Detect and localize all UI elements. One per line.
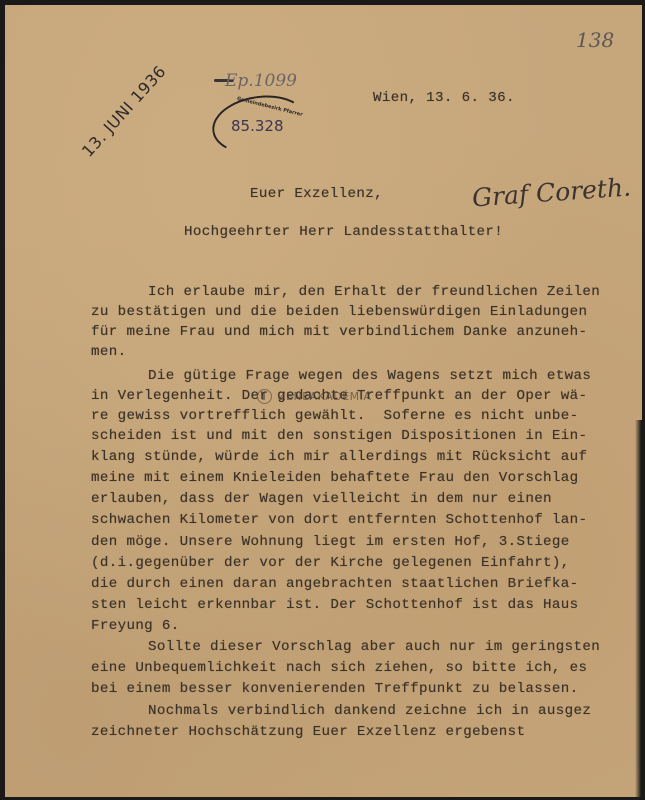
body-line: schwachen Kilometer von dort entfernten … xyxy=(91,513,587,527)
body-line: den möge. Unsere Wohnung liegt im ersten… xyxy=(91,535,570,549)
body-line: Die gütige Frage wegen des Wagens setzt … xyxy=(148,369,591,383)
salutation-address: Hochgeehrter Herr Landesstatthalter! xyxy=(184,225,503,239)
body-line: Freyung 6. xyxy=(91,619,180,633)
body-line: re gewiss vortrefflich gewählt. Soferne … xyxy=(91,409,579,423)
archive-reference: Ep.1099 xyxy=(225,71,297,91)
watermark-text: ZENEAKADÉMIA xyxy=(278,390,371,403)
body-line: klang stünde, würde ich mir allerdings m… xyxy=(91,450,587,464)
body-line: bei einem besser konvenierenden Treffpun… xyxy=(91,682,579,696)
body-line: zeichneter Hochschätzung Euer Exzellenz … xyxy=(91,725,525,739)
body-line: meine mit einem Knieleiden behaftete Fra… xyxy=(91,471,579,485)
body-line: Nochmals verbindlich dankend zeichne ich… xyxy=(148,704,591,718)
body-line: eine Unbequemlichkeit nach sich ziehen, … xyxy=(91,661,587,675)
page-edge-shadow xyxy=(635,420,645,800)
body-line: sten leicht erkennbar ist. Der Schottenh… xyxy=(91,598,579,612)
watermark: ZENEAKADÉMIA xyxy=(257,389,371,404)
watermark-logo-icon xyxy=(257,389,272,404)
body-line: die durch einen daran angebrachten staat… xyxy=(91,577,579,591)
archive-number: 85.328 xyxy=(231,117,284,135)
salutation-title: Euer Exzellenz, xyxy=(250,187,383,201)
folio-number: 138 xyxy=(576,28,614,52)
place-date: Wien, 13. 6. 36. xyxy=(373,91,515,105)
body-line: zu bestätigen und die beiden liebenswürd… xyxy=(91,305,587,319)
body-line: (d.i.gegenüber der vor der Kirche gelege… xyxy=(91,556,570,570)
body-line: scheiden ist und mit den sonstigen Dispo… xyxy=(91,429,587,443)
body-line: Ich erlaube mir, den Erhalt der freundli… xyxy=(148,285,600,299)
body-line: men. xyxy=(91,345,126,359)
body-line: für meine Frau und mich mit verbindliche… xyxy=(91,325,587,339)
body-line: Sollte dieser Vorschlag aber auch nur im… xyxy=(148,640,600,654)
body-line: erlauben, dass der Wagen vielleicht in d… xyxy=(91,492,552,506)
